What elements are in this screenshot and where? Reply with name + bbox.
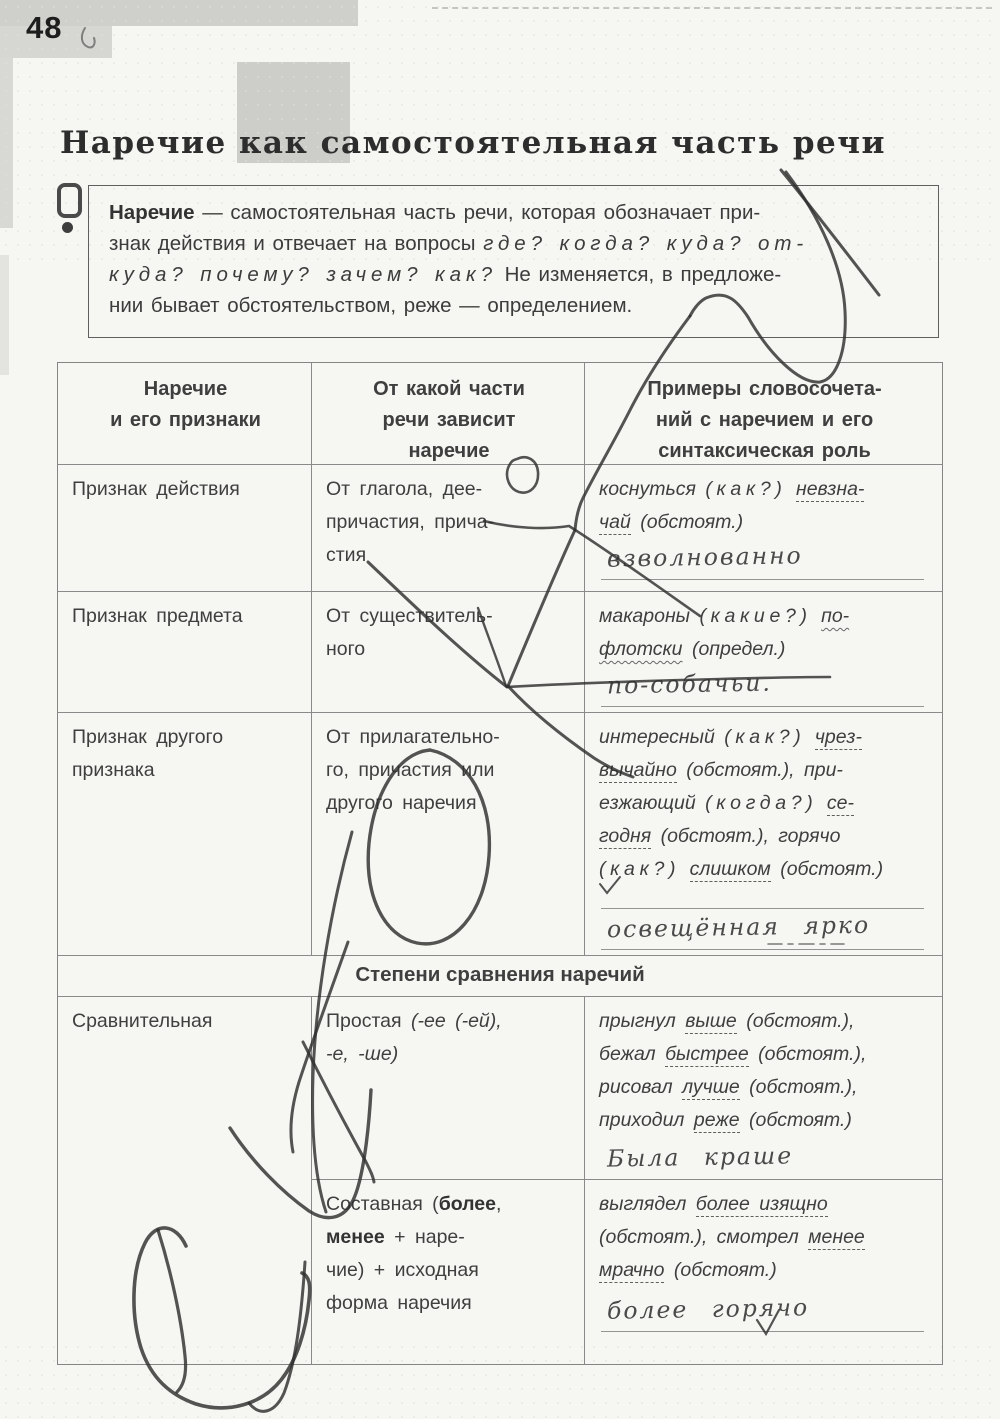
- definition-line: знак действия и отвечает на вопросы где?…: [109, 228, 920, 259]
- workbook-page: 48 Наречие как самостоятельная часть реч…: [0, 0, 1000, 1419]
- definition-box: Наречие — самостоятельная часть речи, ко…: [88, 185, 939, 338]
- handwritten-answer: по-собачьи.: [607, 667, 772, 703]
- compound-form-row: Составная (более,менее + наре-чие) + исх…: [311, 1179, 942, 1364]
- cell-examples: прыгнул выше (обстоят.),бежал быстрее (о…: [584, 997, 942, 1179]
- printed-examples: интересный (как?) чрез-вычайно (обстоят.…: [599, 721, 930, 886]
- header-depends: От какой частиречи зависитнаречие: [311, 363, 584, 464]
- definition-line: Наречие — самостоятельная часть речи, ко…: [109, 197, 920, 228]
- exclamation-icon: [57, 183, 82, 218]
- cell-feature: Сравнительная: [58, 997, 311, 1364]
- section-header: Степени сравнения наречий: [58, 956, 942, 996]
- cell-feature: Признак действия: [58, 465, 311, 591]
- printed-examples: макароны (какие?) по-флотски (определ.): [599, 600, 930, 666]
- cell-examples: макароны (какие?) по-флотски (определ.) …: [584, 592, 942, 712]
- printed-examples: выглядел более изящно(обстоят.), смотрел…: [599, 1188, 930, 1287]
- cell-depends: От существитель-ного: [311, 592, 584, 712]
- page-title: Наречие как самостоятельная часть речи: [60, 125, 940, 161]
- table-row: Признак другого признака От прилагательн…: [58, 712, 942, 955]
- page-number: 48: [26, 10, 62, 46]
- table-header-row: Наречиеи его признаки От какой частиречи…: [58, 363, 942, 464]
- answer-line: освещённая ярко: [601, 911, 924, 950]
- answer-line: взволнованно: [601, 541, 924, 580]
- answer-line: по-собачьи.: [601, 668, 924, 707]
- printed-examples: коснуться (как?) невзна-чай (обстоят.): [599, 473, 930, 539]
- definition-line: куда? почему? зачем? как? Не изменяется,…: [109, 259, 920, 290]
- page-edge-dashes: [432, 7, 992, 9]
- header-feature: Наречиеи его признаки: [58, 363, 311, 464]
- handwritten-answer: Была краше: [607, 1139, 794, 1175]
- cell-feature: Признак предмета: [58, 592, 311, 712]
- cell-depends: Составная (более,менее + наре-чие) + исх…: [311, 1180, 584, 1364]
- printed-examples: прыгнул выше (обстоят.),бежал быстрее (о…: [599, 1005, 930, 1137]
- section-header-row: Степени сравнения наречий: [58, 955, 942, 996]
- cell-feature: Признак другого признака: [58, 713, 311, 955]
- cell-examples: коснуться (как?) невзна-чай (обстоят.) в…: [584, 465, 942, 591]
- cell-examples: выглядел более изящно(обстоят.), смотрел…: [584, 1180, 942, 1364]
- definition-line: нии бывает обстоятельством, реже — опред…: [109, 290, 920, 321]
- handwritten-answer: взволнованно: [607, 539, 803, 575]
- degree-forms: Простая (-ее (-ей),-е, -ше) прыгнул выше…: [311, 997, 942, 1364]
- handwritten-answer: освещённая ярко: [607, 909, 871, 947]
- answer-line: более горячо: [601, 1293, 924, 1332]
- handwritten-answer: более горячо: [607, 1291, 810, 1328]
- cell-depends: От глагола, дее-причастия, прича-стия: [311, 465, 584, 591]
- exclamation-icon-dot: [62, 222, 73, 233]
- degree-row: Сравнительная Простая (-ее (-ей),-е, -ше…: [58, 996, 942, 1364]
- adverb-table: Наречиеи его признаки От какой частиречи…: [57, 362, 943, 1365]
- table-row: Признак предмета От существитель-ного ма…: [58, 591, 942, 712]
- scan-gray-edge: [0, 255, 9, 375]
- answer-line-empty: [601, 888, 924, 909]
- cell-depends: От прилагательно-го, причастия илидругог…: [311, 713, 584, 955]
- scan-gray-edge: [0, 58, 13, 228]
- table-row: Признак действия От глагола, дее-причаст…: [58, 464, 942, 591]
- cell-depends: Простая (-ее (-ей),-е, -ше): [311, 997, 584, 1179]
- answer-line: Была краше: [601, 1141, 924, 1180]
- header-examples: Примеры словосочета-ний с наречием и его…: [584, 363, 942, 464]
- simple-form-row: Простая (-ее (-ей),-е, -ше) прыгнул выше…: [311, 997, 942, 1179]
- cell-examples: интересный (как?) чрез-вычайно (обстоят.…: [584, 713, 942, 955]
